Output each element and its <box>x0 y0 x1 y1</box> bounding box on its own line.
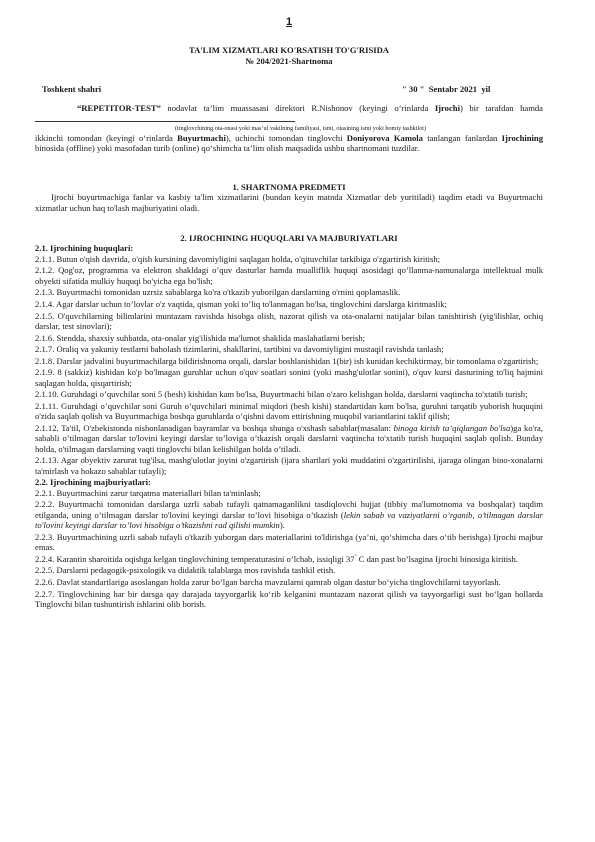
list-item: 2.1.7. Oraliq va yakuniy testlarni bahol… <box>35 344 543 354</box>
list-item: 2.1.2. Qog'oz, programma va elektron sha… <box>35 265 543 286</box>
list-item: 2.1.6. Stendda, shaxsiy suhbatda, ota-on… <box>35 333 543 343</box>
intro-text: ) bir tarafdan hamda <box>460 103 543 113</box>
list-item: 2.1.3. Buyurtmachi tomonidan uzrsiz saba… <box>35 287 543 297</box>
list-item: 2.1.13. Agar obyektiv zarurat tug'ilsa, … <box>35 455 543 476</box>
rights-list: 2.1.1. Butun o'qish davrida, o'qish kurs… <box>35 254 543 422</box>
list-item: 2.2.3. Buyurtmachining uzrli sabab tufay… <box>35 532 543 553</box>
list-item: 2.2.5. Darslarni pedagogik-psixologik va… <box>35 565 543 575</box>
city: Toshkent shahri <box>42 84 101 94</box>
section-1: 1. SHARTNOMA PREDMETI Ijrochi buyurtmach… <box>35 182 543 213</box>
intro-block: “REPETITOR-TEST” nodavlat ta’lim muassas… <box>35 103 543 154</box>
section-1-text: Ijrochi buyurtmachiga fanlar va kasbiy t… <box>35 192 543 213</box>
list-item: 2.2.6. Davlat standartlariga asoslangan … <box>35 577 543 587</box>
list-item: 2.1.8. Darslar jadvalini buyurtmachilarg… <box>35 356 543 366</box>
duties-list: 2.2.5. Darslarni pedagogik-psixologik va… <box>35 565 543 609</box>
intro-text: nodavlat ta’lim muassasasi direktori R.N… <box>161 103 435 113</box>
item-text: 2.2.4. Karantin sharoitida oqishga kelga… <box>35 554 355 564</box>
list-item: 2.1.11. Guruhdagi o’quvchilar soni Guruh… <box>35 401 543 422</box>
contract-number: № 204/2021-Shartnoma <box>35 56 543 66</box>
party-ijrochi: Ijrochi <box>435 103 460 113</box>
list-item: 2.1.12. Ta'til, O'zbekistonda nishonlana… <box>35 423 543 454</box>
section-2: 2. IJROCHINING HUQUQLARI VA MAJBURIYATLA… <box>35 233 543 611</box>
list-item: 2.1.10. Guruhdagi o’quvchilar soni 5 (be… <box>35 389 543 399</box>
list-item: 2.1.1. Butun o'qish davrida, o'qish kurs… <box>35 254 543 264</box>
item-text: C dan past bo’lsagina Ijrochi binosiga k… <box>357 554 518 564</box>
blank-field-note: (tinglovchining ota-onasi yoki mas’ul va… <box>35 125 543 133</box>
intro-text: binosida (offline) yoki masofadan turib … <box>35 143 419 153</box>
section-1-heading: 1. SHARTNOMA PREDMETI <box>35 182 543 192</box>
list-item: 2.2.1. Buyurtmachini zarur tarqatma mate… <box>35 488 543 498</box>
page-number: 1 <box>35 16 543 28</box>
list-item: 2.1.9. 8 (sakkiz) kishidan ko'p bo'lmaga… <box>35 367 543 388</box>
item-text: 2.1.12. Ta'til, O'zbekistonda nishonlana… <box>35 423 394 433</box>
intro-paragraph: “REPETITOR-TEST” nodavlat ta’lim muassas… <box>35 103 543 125</box>
rights-heading: 2.1. Ijrochining huquqlari: <box>35 243 543 253</box>
intro-text: ), uchinchi tomondan tinglovchi <box>226 133 347 143</box>
customer-name-blank[interactable] <box>35 113 295 122</box>
list-item: 2.1.5. O'quvchilarning bilimlarini munta… <box>35 311 543 332</box>
student-name: Doniyorova Kamola <box>347 133 423 143</box>
intro-paragraph-cont: ikkinchi tomondan (keyingi o‘rinlarda Bu… <box>35 133 543 154</box>
list-item: 2.1.4. Agar darslar uchun to’lovlar o'z … <box>35 299 543 309</box>
party-buyurtmachi: Buyurtmachi <box>177 133 226 143</box>
page-number-text: 1 <box>286 16 292 28</box>
party-ijrochining: Ijrochining <box>502 133 543 143</box>
item-italic: binoga kirish ta’qiqlangan bo'lsa <box>394 423 511 433</box>
document-title: TA'LIM XIZMATLARI KO'RSATISH TO'G'RISIDA <box>35 45 543 55</box>
intro-text: ikkinchi tomondan (keyingi o‘rinlarda <box>35 133 177 143</box>
intro-text: tanlangan fanlardan <box>423 133 502 143</box>
duties-heading: 2.2. Ijrochining majburiyatlari: <box>35 477 543 487</box>
list-item: 2.2.7. Tinglovchining har bir darsga qay… <box>35 589 543 610</box>
org-name: “REPETITOR-TEST” <box>77 103 161 113</box>
list-item: 2.2.2. Buyurtmachi tomonidan darslarga u… <box>35 499 543 530</box>
contract-date: " 30 " Sentabr 2021 yil <box>402 84 490 94</box>
item-text: ). <box>280 520 285 530</box>
section-2-heading: 2. IJROCHINING HUQUQLARI VA MAJBURIYATLA… <box>35 233 543 243</box>
list-item: 2.2.4. Karantin sharoitida oqishga kelga… <box>35 554 543 564</box>
